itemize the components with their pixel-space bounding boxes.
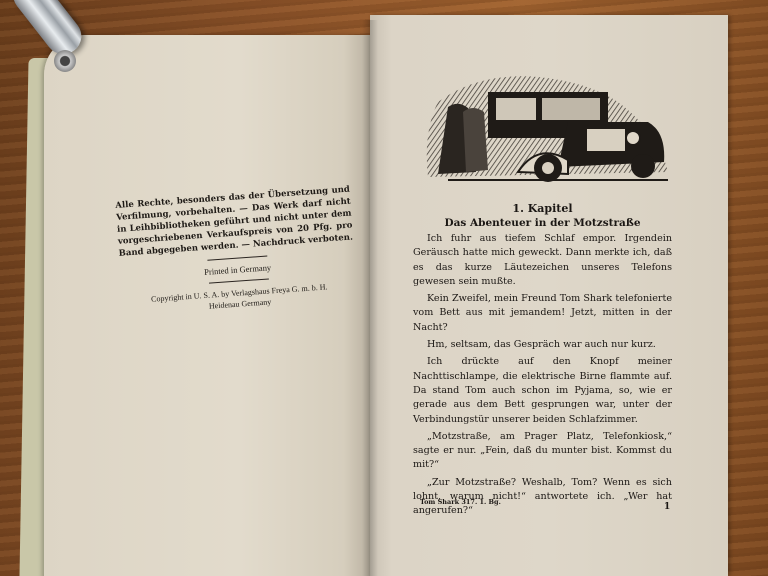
paragraph: Hm, seltsam, das Gespräch war auch nur k…	[413, 338, 672, 352]
paragraph: „Motzstraße, am Prager Platz, Telefonkio…	[413, 430, 672, 473]
paragraph: Kein Zweifel, mein Freund Tom Shark tele…	[413, 292, 672, 335]
chapter-title: Das Abenteuer in der Motzstraße	[413, 217, 672, 229]
page-footer: Tom Shark 317. 1. Bg.	[420, 498, 501, 506]
divider	[207, 256, 267, 261]
chapter-number: 1. Kapitel	[413, 202, 672, 215]
pen-tip-icon	[54, 50, 76, 72]
chapter-text: 1. Kapitel Das Abenteuer in der Motzstra…	[413, 202, 672, 522]
book-gutter	[362, 20, 378, 576]
woodcut-car-illustration-icon	[418, 62, 674, 186]
signature-mark: 1	[664, 502, 670, 512]
paragraph: Ich fuhr aus tiefem Schlaf empor. Irgend…	[413, 232, 672, 289]
paragraph: Ich drückte auf den Knopf meiner Nachtti…	[413, 355, 672, 426]
imprint-block: Alle Rechte, besonders das der Übersetzu…	[115, 184, 358, 318]
printed-in-germany: Printed in Germany	[120, 256, 355, 282]
divider	[208, 278, 268, 283]
